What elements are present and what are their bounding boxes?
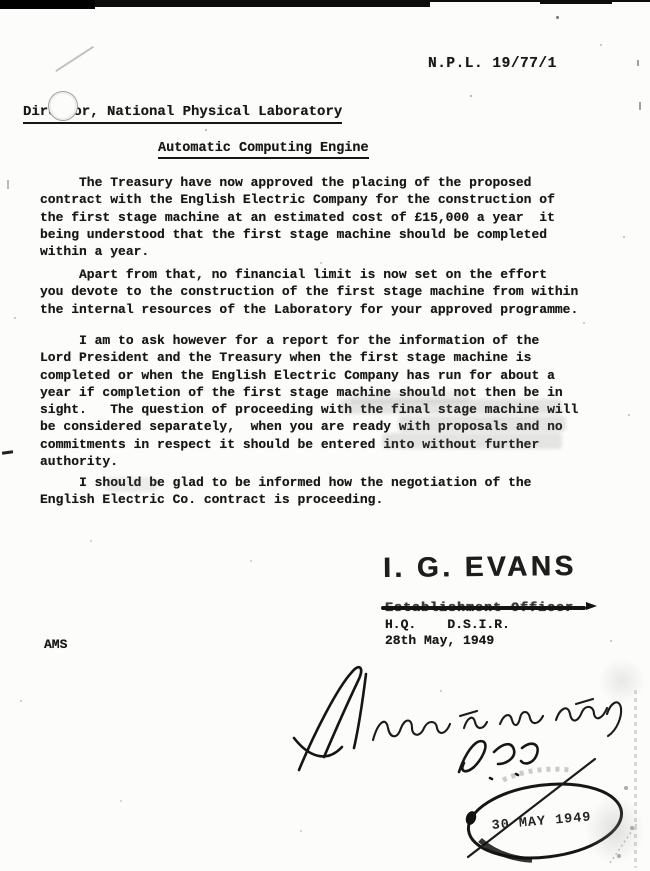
noise-dot <box>90 540 92 542</box>
noise-dot <box>250 560 252 562</box>
noise-dot <box>600 44 602 46</box>
ink-smudge <box>350 391 470 404</box>
noise-dot <box>628 414 630 416</box>
margin-dash <box>2 450 13 454</box>
noise-dot <box>320 262 322 264</box>
noise-dot <box>205 129 207 131</box>
scan-edge-band <box>0 0 95 9</box>
punch-hole-mark <box>48 91 78 121</box>
ink-smudge <box>106 477 156 492</box>
gray-patch <box>598 658 646 704</box>
date-line: 28th May, 1949 <box>385 633 494 648</box>
ink-smudge <box>382 433 562 449</box>
body-paragraph-2: Apart from that, no financial limit is n… <box>40 266 578 318</box>
subject-heading: Automatic Computing Engine <box>158 141 369 159</box>
handwriting-flourish <box>294 667 366 770</box>
scan-edge-band <box>540 0 612 4</box>
ink-smudge <box>398 416 566 432</box>
strike-through-line <box>381 606 586 610</box>
noise-dot <box>120 800 122 802</box>
department-line: H.Q. D.S.I.R. <box>385 617 510 632</box>
noise-dot <box>610 640 612 642</box>
noise-dot <box>556 16 559 19</box>
edge-tick <box>637 60 639 66</box>
reference-number: N.P.L. 19/77/1 <box>428 56 557 72</box>
noise-dot <box>300 830 302 832</box>
body-paragraph-1: The Treasury have now approved the placi… <box>40 174 555 260</box>
stamp-date: 30 MAY 1949 <box>491 810 592 834</box>
strike-through-arrowhead <box>586 602 597 610</box>
edge-tick <box>639 102 641 110</box>
noise-dot <box>583 322 585 324</box>
speckle <box>624 786 628 790</box>
typist-initials: AMS <box>44 637 67 652</box>
margin-tick <box>7 180 9 189</box>
scratch-mark <box>55 46 94 72</box>
scanned-letter-page: N.P.L. 19/77/1 Director, National Physic… <box>0 0 650 871</box>
stamp-arc-text-illegible <box>503 769 570 780</box>
noise-dot <box>440 690 442 692</box>
noise-dot <box>623 236 625 238</box>
noise-dot <box>470 95 472 97</box>
signature-name: I. G. EVANS <box>383 550 577 584</box>
noise-dot <box>14 317 16 319</box>
noise-dot <box>20 700 22 702</box>
gray-patch <box>585 795 645 865</box>
